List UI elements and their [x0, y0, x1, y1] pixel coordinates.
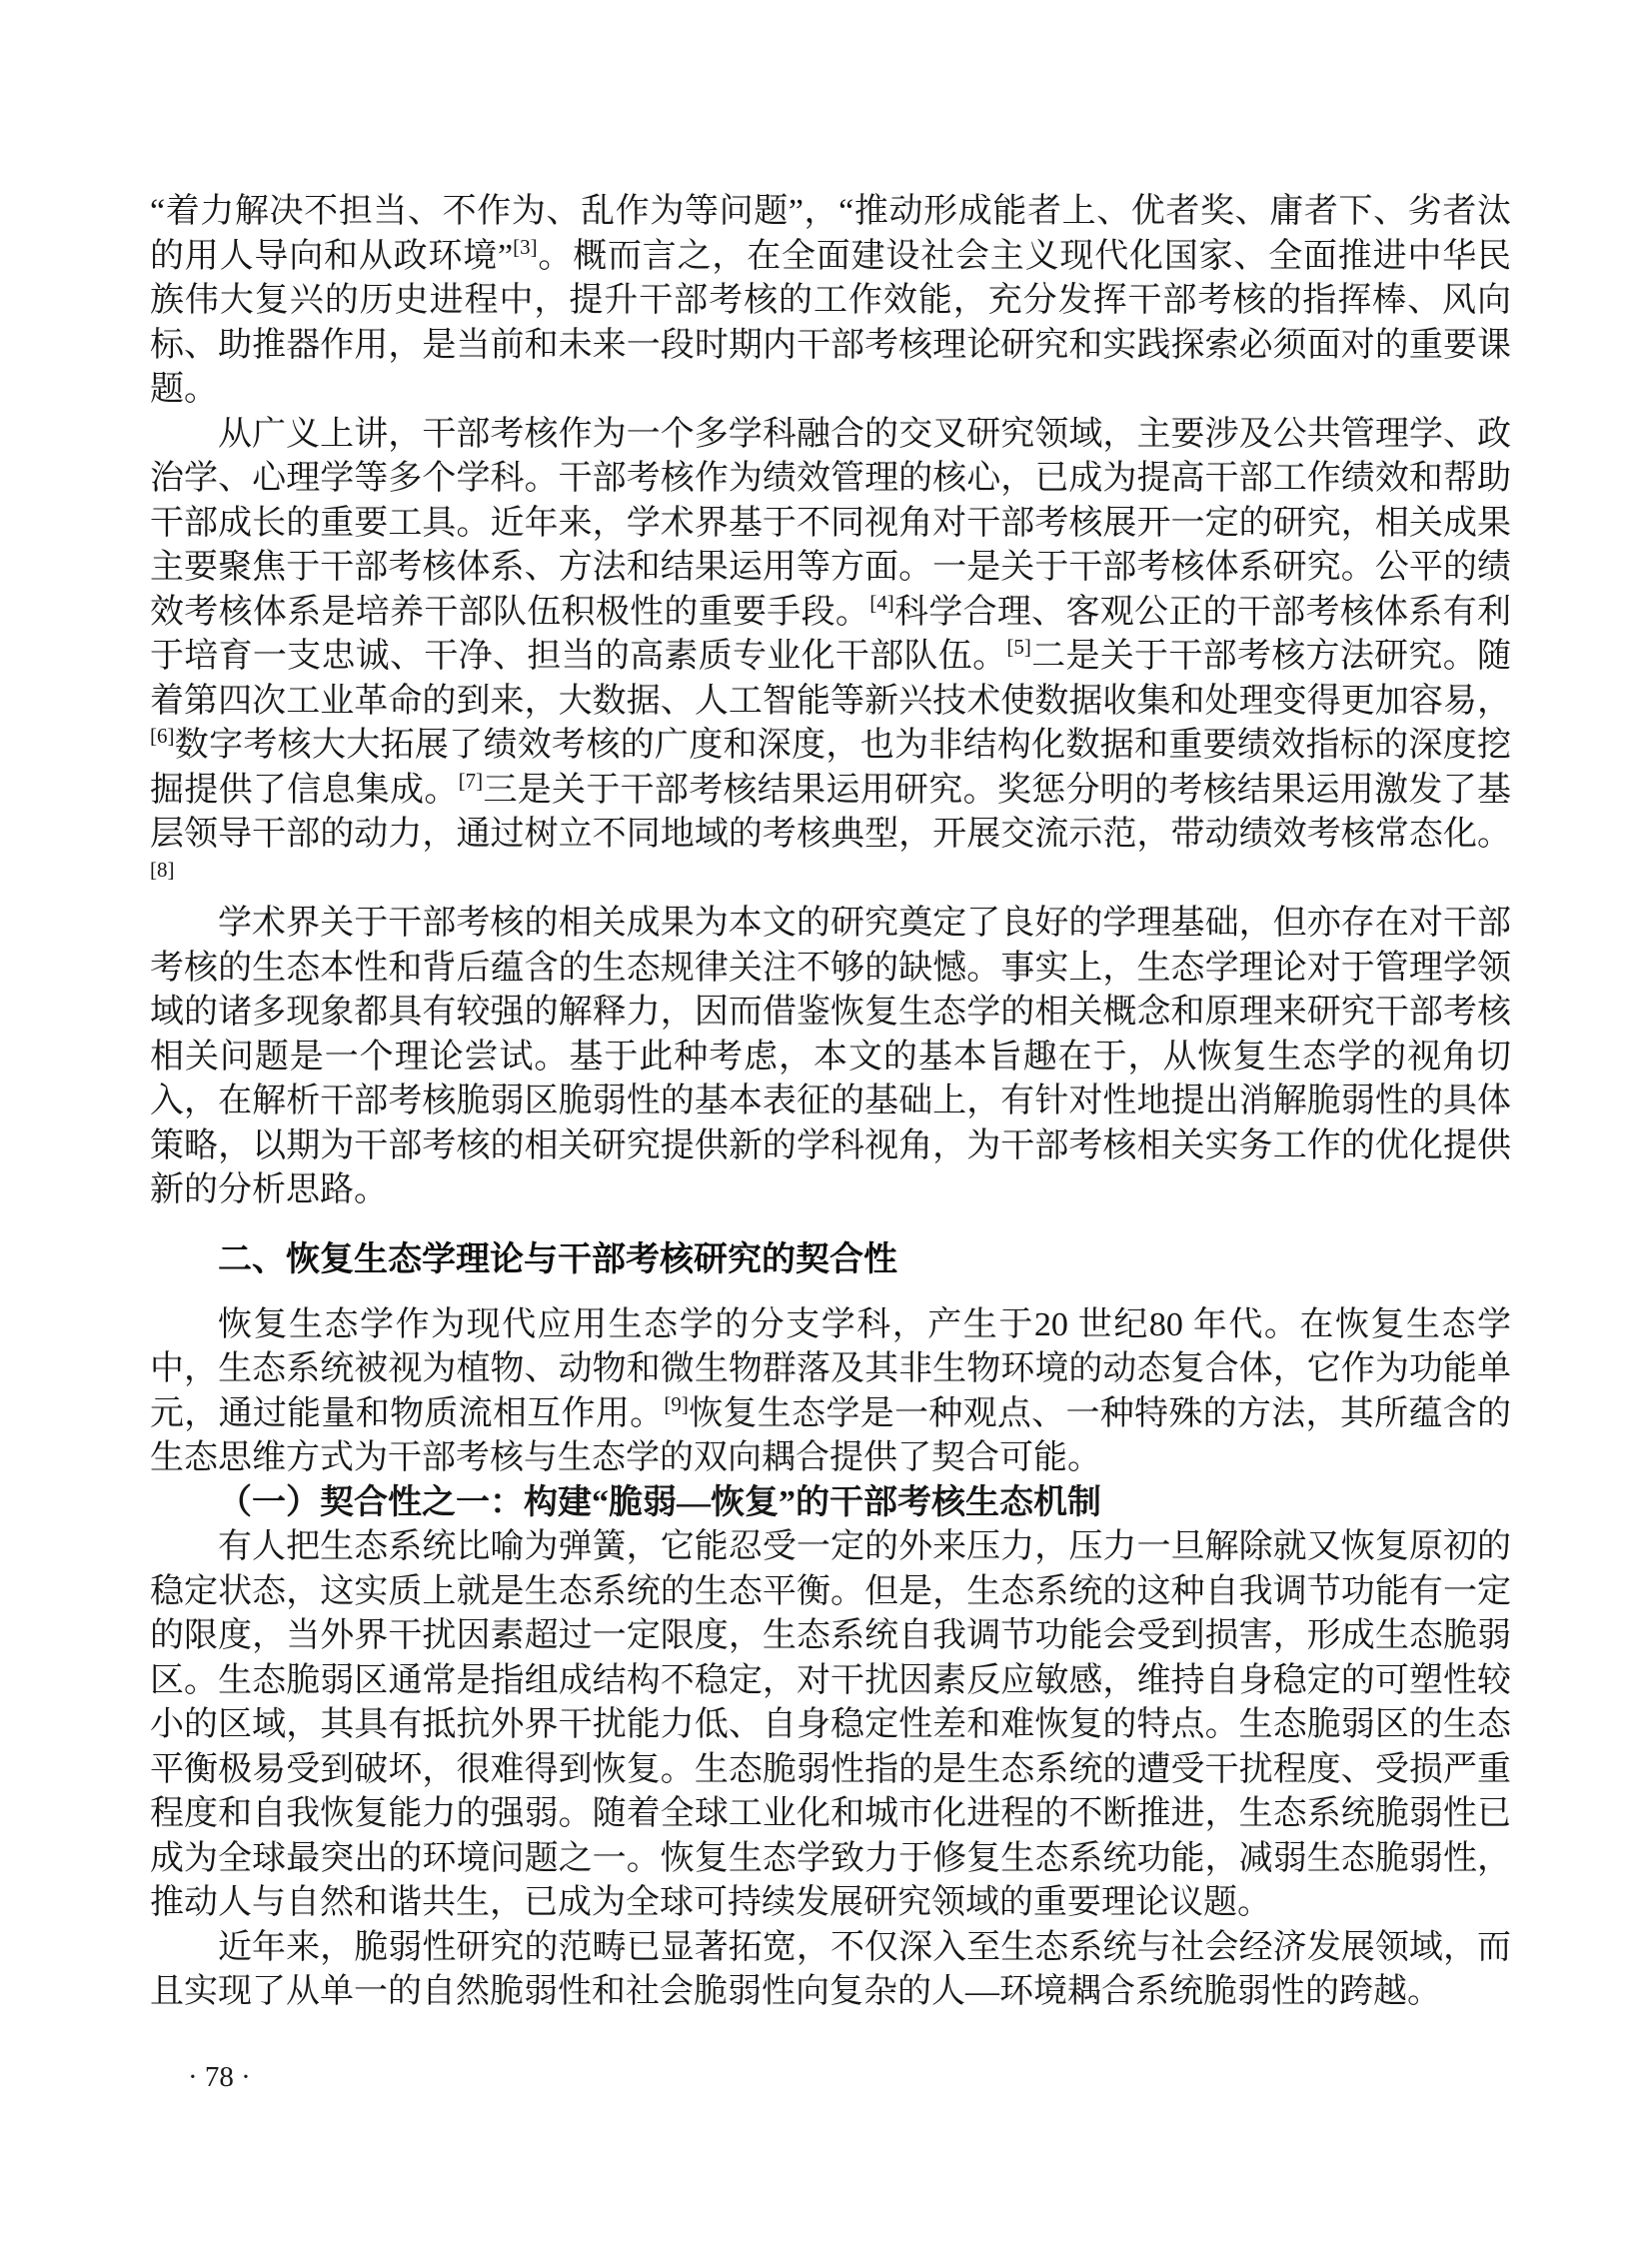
body-paragraph: 近年来，脆弱性研究的范畴已显著拓宽，不仅深入至生态系统与社会经济发展领域，而且实…	[150, 1926, 1511, 2015]
body-paragraph: 恢复生态学作为现代应用生态学的分支学科，产生于20 世纪80 年代。在恢复生态学…	[150, 1303, 1511, 1481]
body-paragraph: 学术界关于干部考核的相关成果为本文的研究奠定了良好的学理基础，但亦存在对干部考核…	[150, 902, 1511, 1213]
footnote-marker: [7]	[459, 769, 484, 793]
article-page: “着力解决不担当、不作为、乱作为等问题”，“推动形成能者上、优者奖、庸者下、劣者…	[0, 0, 1652, 2243]
footnote-marker: [6]	[150, 724, 175, 748]
footnote-marker: [8]	[150, 858, 175, 882]
body-paragraph: 有人把生态系统比喻为弹簧，它能忍受一定的外来压力，压力一旦解除就又恢复原初的稳定…	[150, 1525, 1511, 1926]
body-paragraph: “着力解决不担当、不作为、乱作为等问题”，“推动形成能者上、优者奖、庸者下、劣者…	[150, 190, 1511, 413]
footnote-marker: [5]	[1006, 635, 1031, 659]
subsection-heading: （一）契合性之一：构建“脆弱—恢复”的干部考核生态机制	[150, 1481, 1511, 1526]
footnote-marker: [9]	[664, 1392, 689, 1416]
footnote-marker: [4]	[869, 591, 894, 615]
footnote-marker: [3]	[513, 235, 538, 259]
body-paragraph: 从广义上讲，干部考核作为一个多学科融合的交叉研究领域，主要涉及公共管理学、政治学…	[150, 413, 1511, 903]
article-body: “着力解决不担当、不作为、乱作为等问题”，“推动形成能者上、优者奖、庸者下、劣者…	[150, 190, 1511, 2015]
page-number: · 78 ·	[188, 2059, 251, 2095]
section-heading: 二、恢复生态学理论与干部考核研究的契合性	[150, 1237, 1511, 1282]
